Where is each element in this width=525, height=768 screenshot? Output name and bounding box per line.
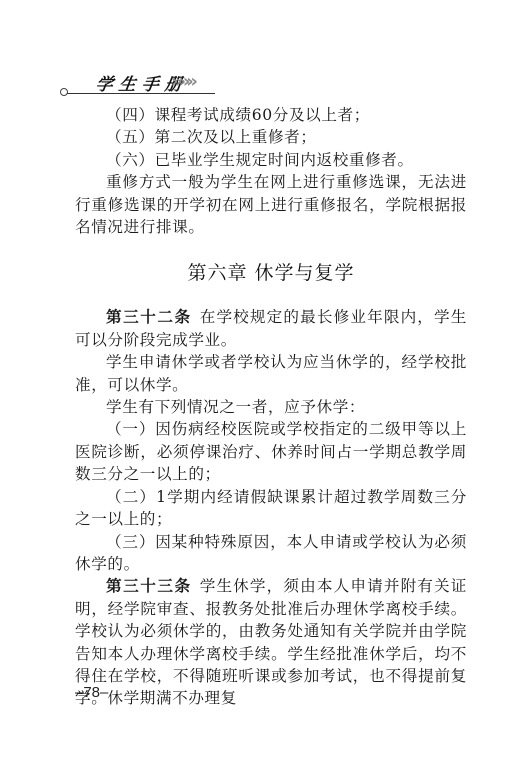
chevron-right-icon: »»» xyxy=(171,71,194,92)
circle-ornament-icon xyxy=(60,88,68,96)
page-body: （四）课程考试成绩60分及以上者； （五）第二次及以上重修者； （六）已毕业学生… xyxy=(75,104,467,710)
list-item: （三）因某种特殊原因，本人申请或学校认为必须休学的。 xyxy=(75,531,467,576)
paragraph: 学生申请休学或者学校认为应当休学的，经学校批准，可以休学。 xyxy=(75,351,467,396)
running-header: 学生手册 »»» xyxy=(58,70,218,100)
chapter-title: 第六章 休学与复学 xyxy=(75,260,467,286)
list-item: （六）已毕业学生规定时间内返校重修者。 xyxy=(75,149,467,171)
list-item: （一）因伤病经校医院或学校指定的二级甲等以上医院诊断，必须停课治疗、休养时间占一… xyxy=(75,418,467,485)
list-item: （四）课程考试成绩60分及以上者； xyxy=(75,104,467,126)
article-number: 第三十三条 xyxy=(106,577,192,595)
list-item: （二）1学期内经请假缺课累计超过教学周数三分之一以上的； xyxy=(75,486,467,531)
article-32: 第三十二条在学校规定的最长修业年限内，学生可以分阶段完成学业。 xyxy=(75,306,467,351)
article-33: 第三十三条学生休学，须由本人申请并附有关证明，经学院审查、报教务处批准后办理休学… xyxy=(75,575,467,709)
paragraph: 重修方式一般为学生在网上进行重修选课，无法进行重修选课的开学初在网上进行重修报名… xyxy=(75,171,467,238)
article-text: 学生休学，须由本人申请并附有关证明，经学院审查、报教务处批准后办理休学离校手续。… xyxy=(75,577,467,707)
article-number: 第三十二条 xyxy=(106,308,192,326)
paragraph: 学生有下列情况之一者，应予休学： xyxy=(75,396,467,418)
page-number: –78– xyxy=(75,684,108,701)
list-item: （五）第二次及以上重修者； xyxy=(75,126,467,148)
